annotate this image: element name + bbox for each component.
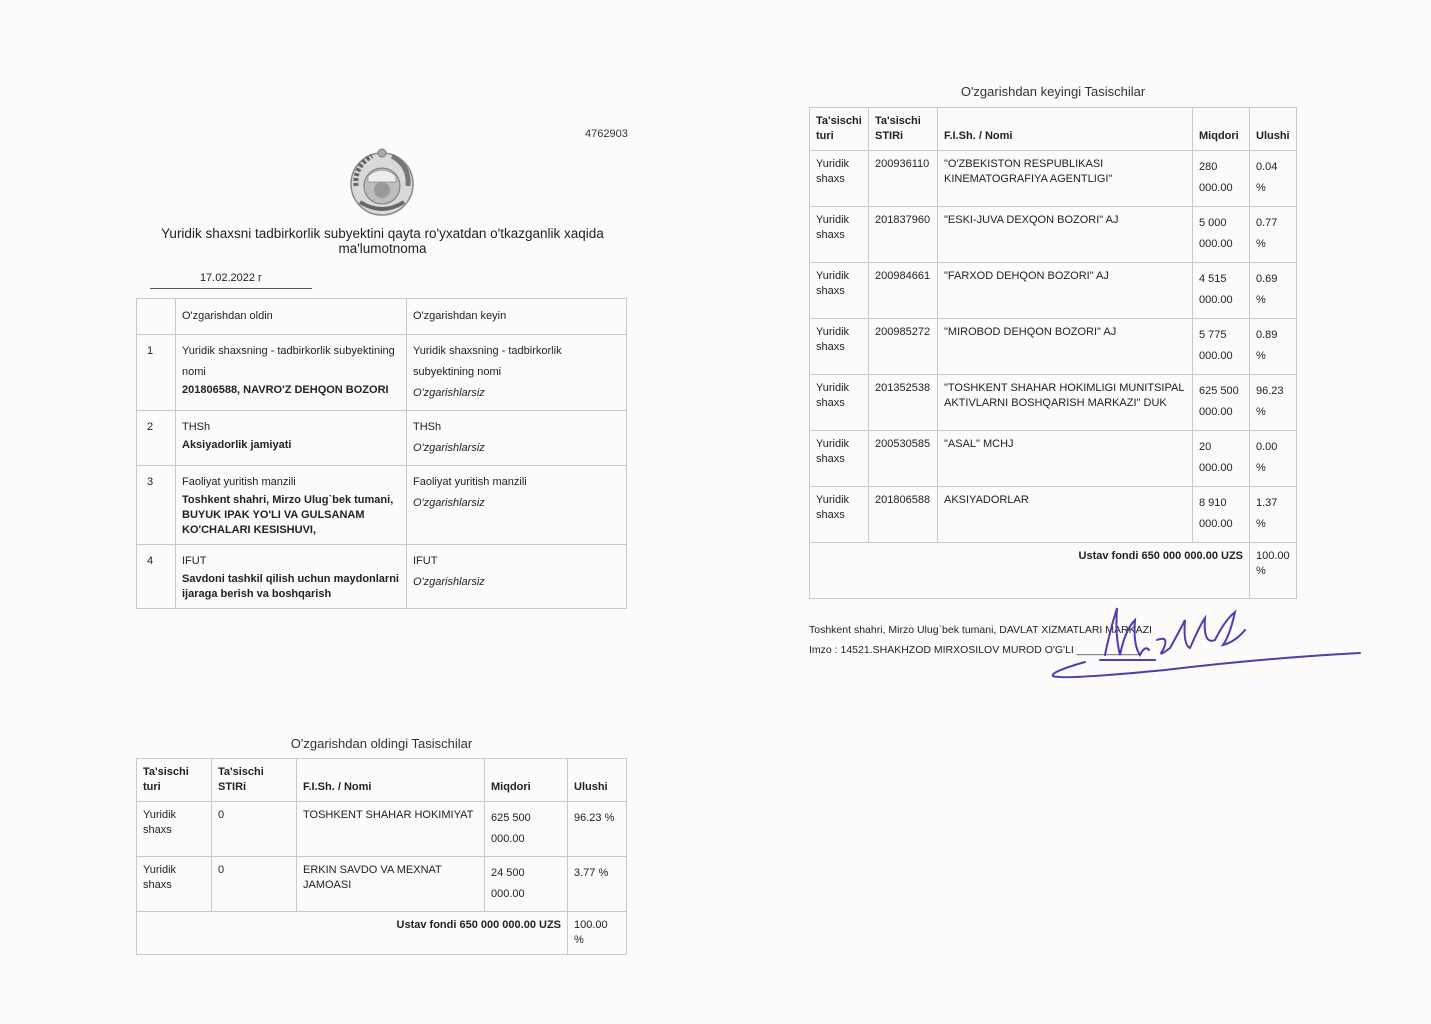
founder-share: 0.69 % xyxy=(1250,263,1297,319)
table-row: Yuridik shaxs200530585"ASAL" MCHJ20 000.… xyxy=(810,431,1297,487)
before-cell: IFUTSavdoni tashkil qilish uchun maydonl… xyxy=(176,545,407,609)
header-stir: Ta'sischi STIRi xyxy=(869,108,938,151)
total-share: 100.00 % xyxy=(568,912,627,955)
founder-name: "FARXOD DEHQON BOZORI" AJ xyxy=(938,263,1193,319)
field-label: Faoliyat yuritish manzili xyxy=(413,476,527,488)
table-row: Yuridik shaxs200985272"MIROBOD DEHQON BO… xyxy=(810,319,1297,375)
founder-share: 3.77 % xyxy=(568,857,627,912)
founder-type: Yuridik shaxs xyxy=(137,802,212,857)
table-header-row: Ta'sischi turi Ta'sischi STIRi F.I.Sh. /… xyxy=(810,108,1297,151)
founder-type: Yuridik shaxs xyxy=(810,375,869,431)
founder-type: Yuridik shaxs xyxy=(137,857,212,912)
founder-share: 1.37 % xyxy=(1250,487,1297,543)
row-number: 3 xyxy=(137,466,176,545)
table-row: Yuridik shaxs201837960"ESKI-JUVA DEXQON … xyxy=(810,207,1297,263)
founder-amount: 4 515 000.00 xyxy=(1193,263,1250,319)
field-label: Yuridik shaxsning - tadbirkorlik subyekt… xyxy=(413,345,562,378)
header-name: F.I.Sh. / Nomi xyxy=(297,759,485,802)
header-stir: Ta'sischi STIRi xyxy=(212,759,297,802)
field-value: Savdoni tashkil qilish uchun maydonlarni… xyxy=(182,572,400,602)
founder-name: "MIROBOD DEHQON BOZORI" AJ xyxy=(938,319,1193,375)
table-header-row: Ta'sischi turi Ta'sischi STIRi F.I.Sh. /… xyxy=(137,759,627,802)
table-row: Yuridik shaxs 0 TOSHKENT SHAHAR HOKIMIYA… xyxy=(137,802,627,857)
founder-stir: 200530585 xyxy=(869,431,938,487)
founder-stir: 0 xyxy=(212,802,297,857)
document-number: 4762903 xyxy=(585,128,628,140)
founder-name: TOSHKENT SHAHAR HOKIMIYAT xyxy=(297,802,485,857)
founder-name: "ASAL" MCHJ xyxy=(938,431,1193,487)
after-cell: Faoliyat yuritish manziliO'zgarishlarsiz xyxy=(407,466,627,545)
row-number: 2 xyxy=(137,411,176,466)
founder-type: Yuridik shaxs xyxy=(810,263,869,319)
founder-stir: 0 xyxy=(212,857,297,912)
founder-stir: 201837960 xyxy=(869,207,938,263)
total-label: Ustav fondi 650 000 000.00 UZS xyxy=(137,912,568,955)
founder-share: 0.89 % xyxy=(1250,319,1297,375)
total-row: Ustav fondi 650 000 000.00 UZS 100.00 % xyxy=(137,912,627,955)
field-value: O'zgarishlarsiz xyxy=(413,383,620,404)
founder-amount: 24 500 000.00 xyxy=(485,857,568,912)
total-label: Ustav fondi 650 000 000.00 UZS xyxy=(810,543,1250,599)
founder-type: Yuridik shaxs xyxy=(810,207,869,263)
header-share: Ulushi xyxy=(1250,108,1297,151)
founder-stir: 201806588 xyxy=(869,487,938,543)
founder-share: 96.23 % xyxy=(568,802,627,857)
founder-stir: 200985272 xyxy=(869,319,938,375)
founders-after-table: Ta'sischi turi Ta'sischi STIRi F.I.Sh. /… xyxy=(809,107,1297,599)
header-share: Ulushi xyxy=(568,759,627,802)
field-value: O'zgarishlarsiz xyxy=(413,493,620,514)
before-cell: THShAksiyadorlik jamiyati xyxy=(176,411,407,466)
row-number: 4 xyxy=(137,545,176,609)
total-share: 100.00 % xyxy=(1250,543,1297,599)
header-amount: Miqdori xyxy=(1193,108,1250,151)
row-number: 1 xyxy=(137,335,176,411)
total-row: Ustav fondi 650 000 000.00 UZS 100.00 % xyxy=(810,543,1297,599)
founders-before-table: Ta'sischi turi Ta'sischi STIRi F.I.Sh. /… xyxy=(136,758,627,955)
table-row: 4 IFUTSavdoni tashkil qilish uchun maydo… xyxy=(137,545,627,609)
founder-amount: 20 000.00 xyxy=(1193,431,1250,487)
document-date: 17.02.2022 г xyxy=(150,272,312,289)
before-cell: Yuridik shaxsning - tadbirkorlik subyekt… xyxy=(176,335,407,411)
founder-name: "TOSHKENT SHAHAR HOKIMLIGI MUNITSIPAL AK… xyxy=(938,375,1193,431)
table-row: 1 Yuridik shaxsning - tadbirkorlik subye… xyxy=(137,335,627,411)
founder-amount: 625 500 000.00 xyxy=(485,802,568,857)
header-type: Ta'sischi turi xyxy=(137,759,212,802)
header-name: F.I.Sh. / Nomi xyxy=(938,108,1193,151)
changes-table: O'zgarishdan oldin O'zgarishdan keyin 1 … xyxy=(136,298,627,609)
founder-share: 0.04 % xyxy=(1250,151,1297,207)
founder-type: Yuridik shaxs xyxy=(810,151,869,207)
founder-amount: 5 000 000.00 xyxy=(1193,207,1250,263)
table-row: 2 THShAksiyadorlik jamiyati THShO'zgaris… xyxy=(137,411,627,466)
founder-share: 0.00 % xyxy=(1250,431,1297,487)
founder-stir: 201352538 xyxy=(869,375,938,431)
field-label: IFUT xyxy=(413,555,437,567)
header-amount: Miqdori xyxy=(485,759,568,802)
field-label: THSh xyxy=(413,421,441,433)
field-value: Aksiyadorlik jamiyati xyxy=(182,438,400,453)
table-row: Yuridik shaxs201352538"TOSHKENT SHAHAR H… xyxy=(810,375,1297,431)
header-type: Ta'sischi turi xyxy=(810,108,869,151)
founder-share: 0.77 % xyxy=(1250,207,1297,263)
after-cell: THShO'zgarishlarsiz xyxy=(407,411,627,466)
state-emblem-icon xyxy=(346,146,418,218)
founder-stir: 200936110 xyxy=(869,151,938,207)
founder-type: Yuridik shaxs xyxy=(810,487,869,543)
field-label: Faoliyat yuritish manzili xyxy=(182,476,296,488)
field-value: O'zgarishlarsiz xyxy=(413,438,620,459)
founder-name: ERKIN SAVDO VA MEXNAT JAMOASI xyxy=(297,857,485,912)
table-row: Yuridik shaxs 0 ERKIN SAVDO VA MEXNAT JA… xyxy=(137,857,627,912)
table-row: Yuridik shaxs200936110"O'ZBEKISTON RESPU… xyxy=(810,151,1297,207)
founder-amount: 8 910 000.00 xyxy=(1193,487,1250,543)
founder-name: "O'ZBEKISTON RESPUBLIKASI KINEMATOGRAFIY… xyxy=(938,151,1193,207)
field-label: IFUT xyxy=(182,555,206,567)
founder-share: 96.23 % xyxy=(1250,375,1297,431)
field-label: Yuridik shaxsning - tadbirkorlik subyekt… xyxy=(182,345,395,378)
after-cell: Yuridik shaxsning - tadbirkorlik subyekt… xyxy=(407,335,627,411)
field-label: THSh xyxy=(182,421,210,433)
founder-name: "ESKI-JUVA DEXQON BOZORI" AJ xyxy=(938,207,1193,263)
founder-name: AKSIYADORLAR xyxy=(938,487,1193,543)
table-row: Yuridik shaxs200984661"FARXOD DEHQON BOZ… xyxy=(810,263,1297,319)
founder-type: Yuridik shaxs xyxy=(810,431,869,487)
founder-stir: 200984661 xyxy=(869,263,938,319)
header-num xyxy=(137,299,176,335)
field-value: O'zgarishlarsiz xyxy=(413,572,620,593)
founders-before-title: O'zgarishdan oldingi Tasischilar xyxy=(136,736,627,751)
table-header-row: O'zgarishdan oldin O'zgarishdan keyin xyxy=(137,299,627,335)
founder-amount: 625 500 000.00 xyxy=(1193,375,1250,431)
header-before: O'zgarishdan oldin xyxy=(176,299,407,335)
field-value: Toshkent shahri, Mirzo Ulug`bek tumani, … xyxy=(182,493,400,538)
field-value: 201806588, NAVRO'Z DEHQON BOZORI xyxy=(182,383,400,398)
table-row: 3 Faoliyat yuritish manziliToshkent shah… xyxy=(137,466,627,545)
founder-type: Yuridik shaxs xyxy=(810,319,869,375)
founders-after-title: O'zgarishdan keyingi Tasischilar xyxy=(809,84,1297,99)
document-title: Yuridik shaxsni tadbirkorlik subyektini … xyxy=(140,226,625,256)
founder-amount: 5 775 000.00 xyxy=(1193,319,1250,375)
before-cell: Faoliyat yuritish manziliToshkent shahri… xyxy=(176,466,407,545)
header-after: O'zgarishdan keyin xyxy=(407,299,627,335)
handwritten-signature-icon xyxy=(1045,600,1365,685)
after-cell: IFUTO'zgarishlarsiz xyxy=(407,545,627,609)
founder-amount: 280 000.00 xyxy=(1193,151,1250,207)
table-row: Yuridik shaxs201806588AKSIYADORLAR8 910 … xyxy=(810,487,1297,543)
